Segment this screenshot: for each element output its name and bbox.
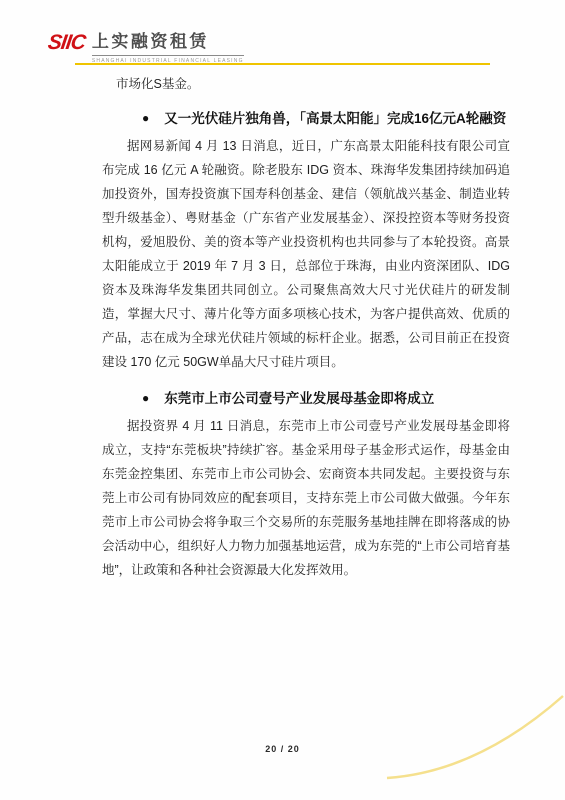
section-1-heading: ● 又一光伏硅片独角兽，「高景太阳能」完成16亿元A轮融资 xyxy=(142,108,510,130)
page-header: SIIC 上实融资租赁 SHANGHAI INDUSTRIAL FINANCIA… xyxy=(48,27,244,64)
swoosh-curve xyxy=(387,696,563,778)
siic-logo-mark: SIIC xyxy=(46,31,86,55)
header-accent-rule xyxy=(75,63,490,65)
section-2-body: 据投资界 4 月 11 日消息，东莞市上市公司壹号产业发展母基金即将成立，支持“… xyxy=(102,414,510,582)
bullet-icon: ● xyxy=(142,107,149,129)
news-section-1: ● 又一光伏硅片独角兽，「高景太阳能」完成16亿元A轮融资 据网易新闻 4 月 … xyxy=(102,108,510,374)
bullet-icon: ● xyxy=(142,387,149,409)
section-1-body: 据网易新闻 4 月 13 日消息，近日，广东高景太阳能科技有限公司宣布完成 16… xyxy=(102,134,510,374)
company-name-cn: 上实融资租赁 xyxy=(92,27,244,56)
newsletter-content: 市场化S基金。 ● 又一光伏硅片独角兽，「高景太阳能」完成16亿元A轮融资 据网… xyxy=(102,72,510,582)
company-logo: SIIC 上实融资租赁 SHANGHAI INDUSTRIAL FINANCIA… xyxy=(48,27,244,64)
section-1-title: 又一光伏硅片独角兽，「高景太阳能」完成16亿元A轮融资 xyxy=(164,108,506,130)
section-2-heading: ● 东莞市上市公司壹号产业发展母基金即将成立 xyxy=(142,388,510,410)
continuation-text: 市场化S基金。 xyxy=(116,72,510,96)
document-page: SIIC 上实融资租赁 SHANGHAI INDUSTRIAL FINANCIA… xyxy=(0,0,565,800)
news-section-2: ● 东莞市上市公司壹号产业发展母基金即将成立 据投资界 4 月 11 日消息，东… xyxy=(102,388,510,582)
section-2-title: 东莞市上市公司壹号产业发展母基金即将成立 xyxy=(164,388,434,410)
yellow-swoosh-decoration xyxy=(385,690,565,782)
logo-text: 上实融资租赁 SHANGHAI INDUSTRIAL FINANCIAL LEA… xyxy=(92,27,244,64)
